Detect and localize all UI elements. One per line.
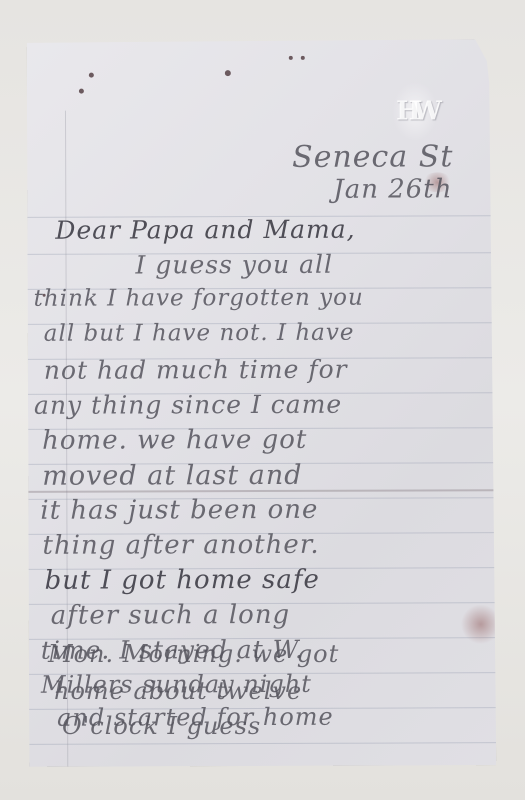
stain — [461, 604, 501, 644]
monogram-emboss: HW — [392, 81, 438, 141]
ink-spot — [301, 56, 305, 60]
letter-line: thing after another. — [42, 530, 319, 561]
letter-line: home. we have got — [42, 425, 307, 456]
letter-place: Seneca St — [292, 139, 453, 175]
letter-line: home about twelve — [54, 677, 302, 705]
ink-spot — [225, 70, 231, 76]
letter-line: all but I have not. I have — [44, 320, 355, 347]
ink-spot — [289, 56, 293, 60]
letter-line: I guess you all — [135, 250, 333, 280]
salutation: Dear Papa and Mama, — [55, 215, 355, 245]
letter-line: after such a long — [51, 600, 291, 631]
letter-line: any thing since I came — [34, 390, 342, 420]
letter-line: Mon. Morning. we got — [48, 640, 339, 668]
letter-line: O'clock I guess — [62, 712, 261, 740]
letter-line: it has just been one — [40, 495, 318, 526]
ink-spot — [89, 73, 94, 78]
letter-line: not had much time for — [44, 355, 348, 385]
letter-line: moved at last and — [42, 460, 302, 492]
letter-line: think I have forgotten you — [34, 285, 364, 312]
ink-spot — [79, 89, 84, 94]
letter-line: but I got home safe — [45, 565, 320, 596]
letter-date: Jan 26th — [333, 174, 452, 204]
rule-line — [29, 742, 496, 745]
